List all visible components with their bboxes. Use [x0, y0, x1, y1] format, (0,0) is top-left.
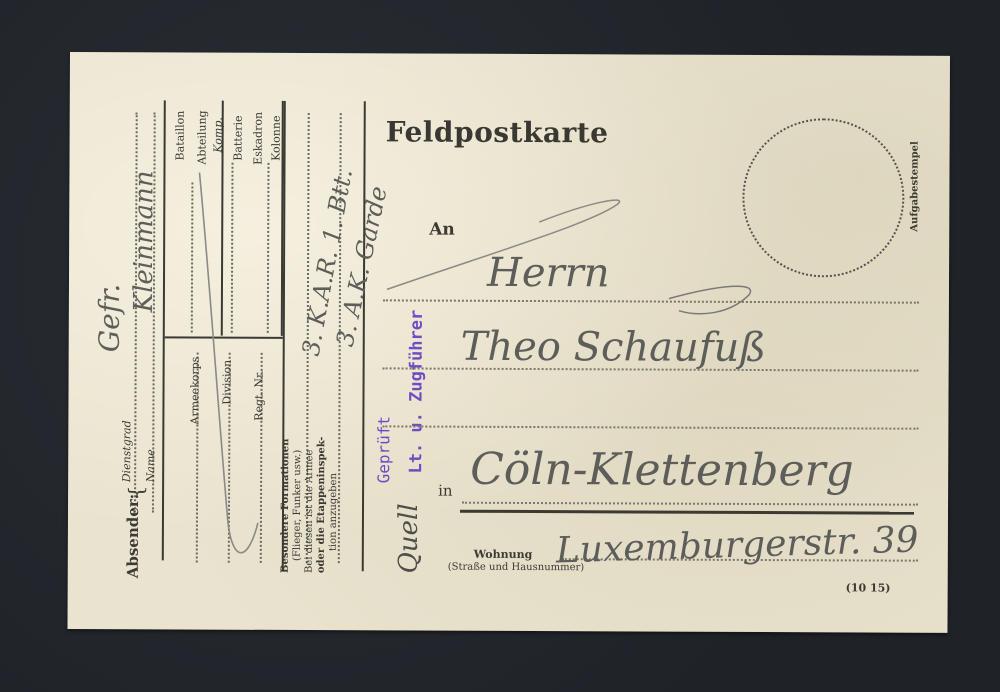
handwriting-flourishes — [67, 52, 950, 633]
feldpostkarte-postcard: Absender: { Dienstgrad Name Bataillon Ab… — [67, 52, 950, 633]
